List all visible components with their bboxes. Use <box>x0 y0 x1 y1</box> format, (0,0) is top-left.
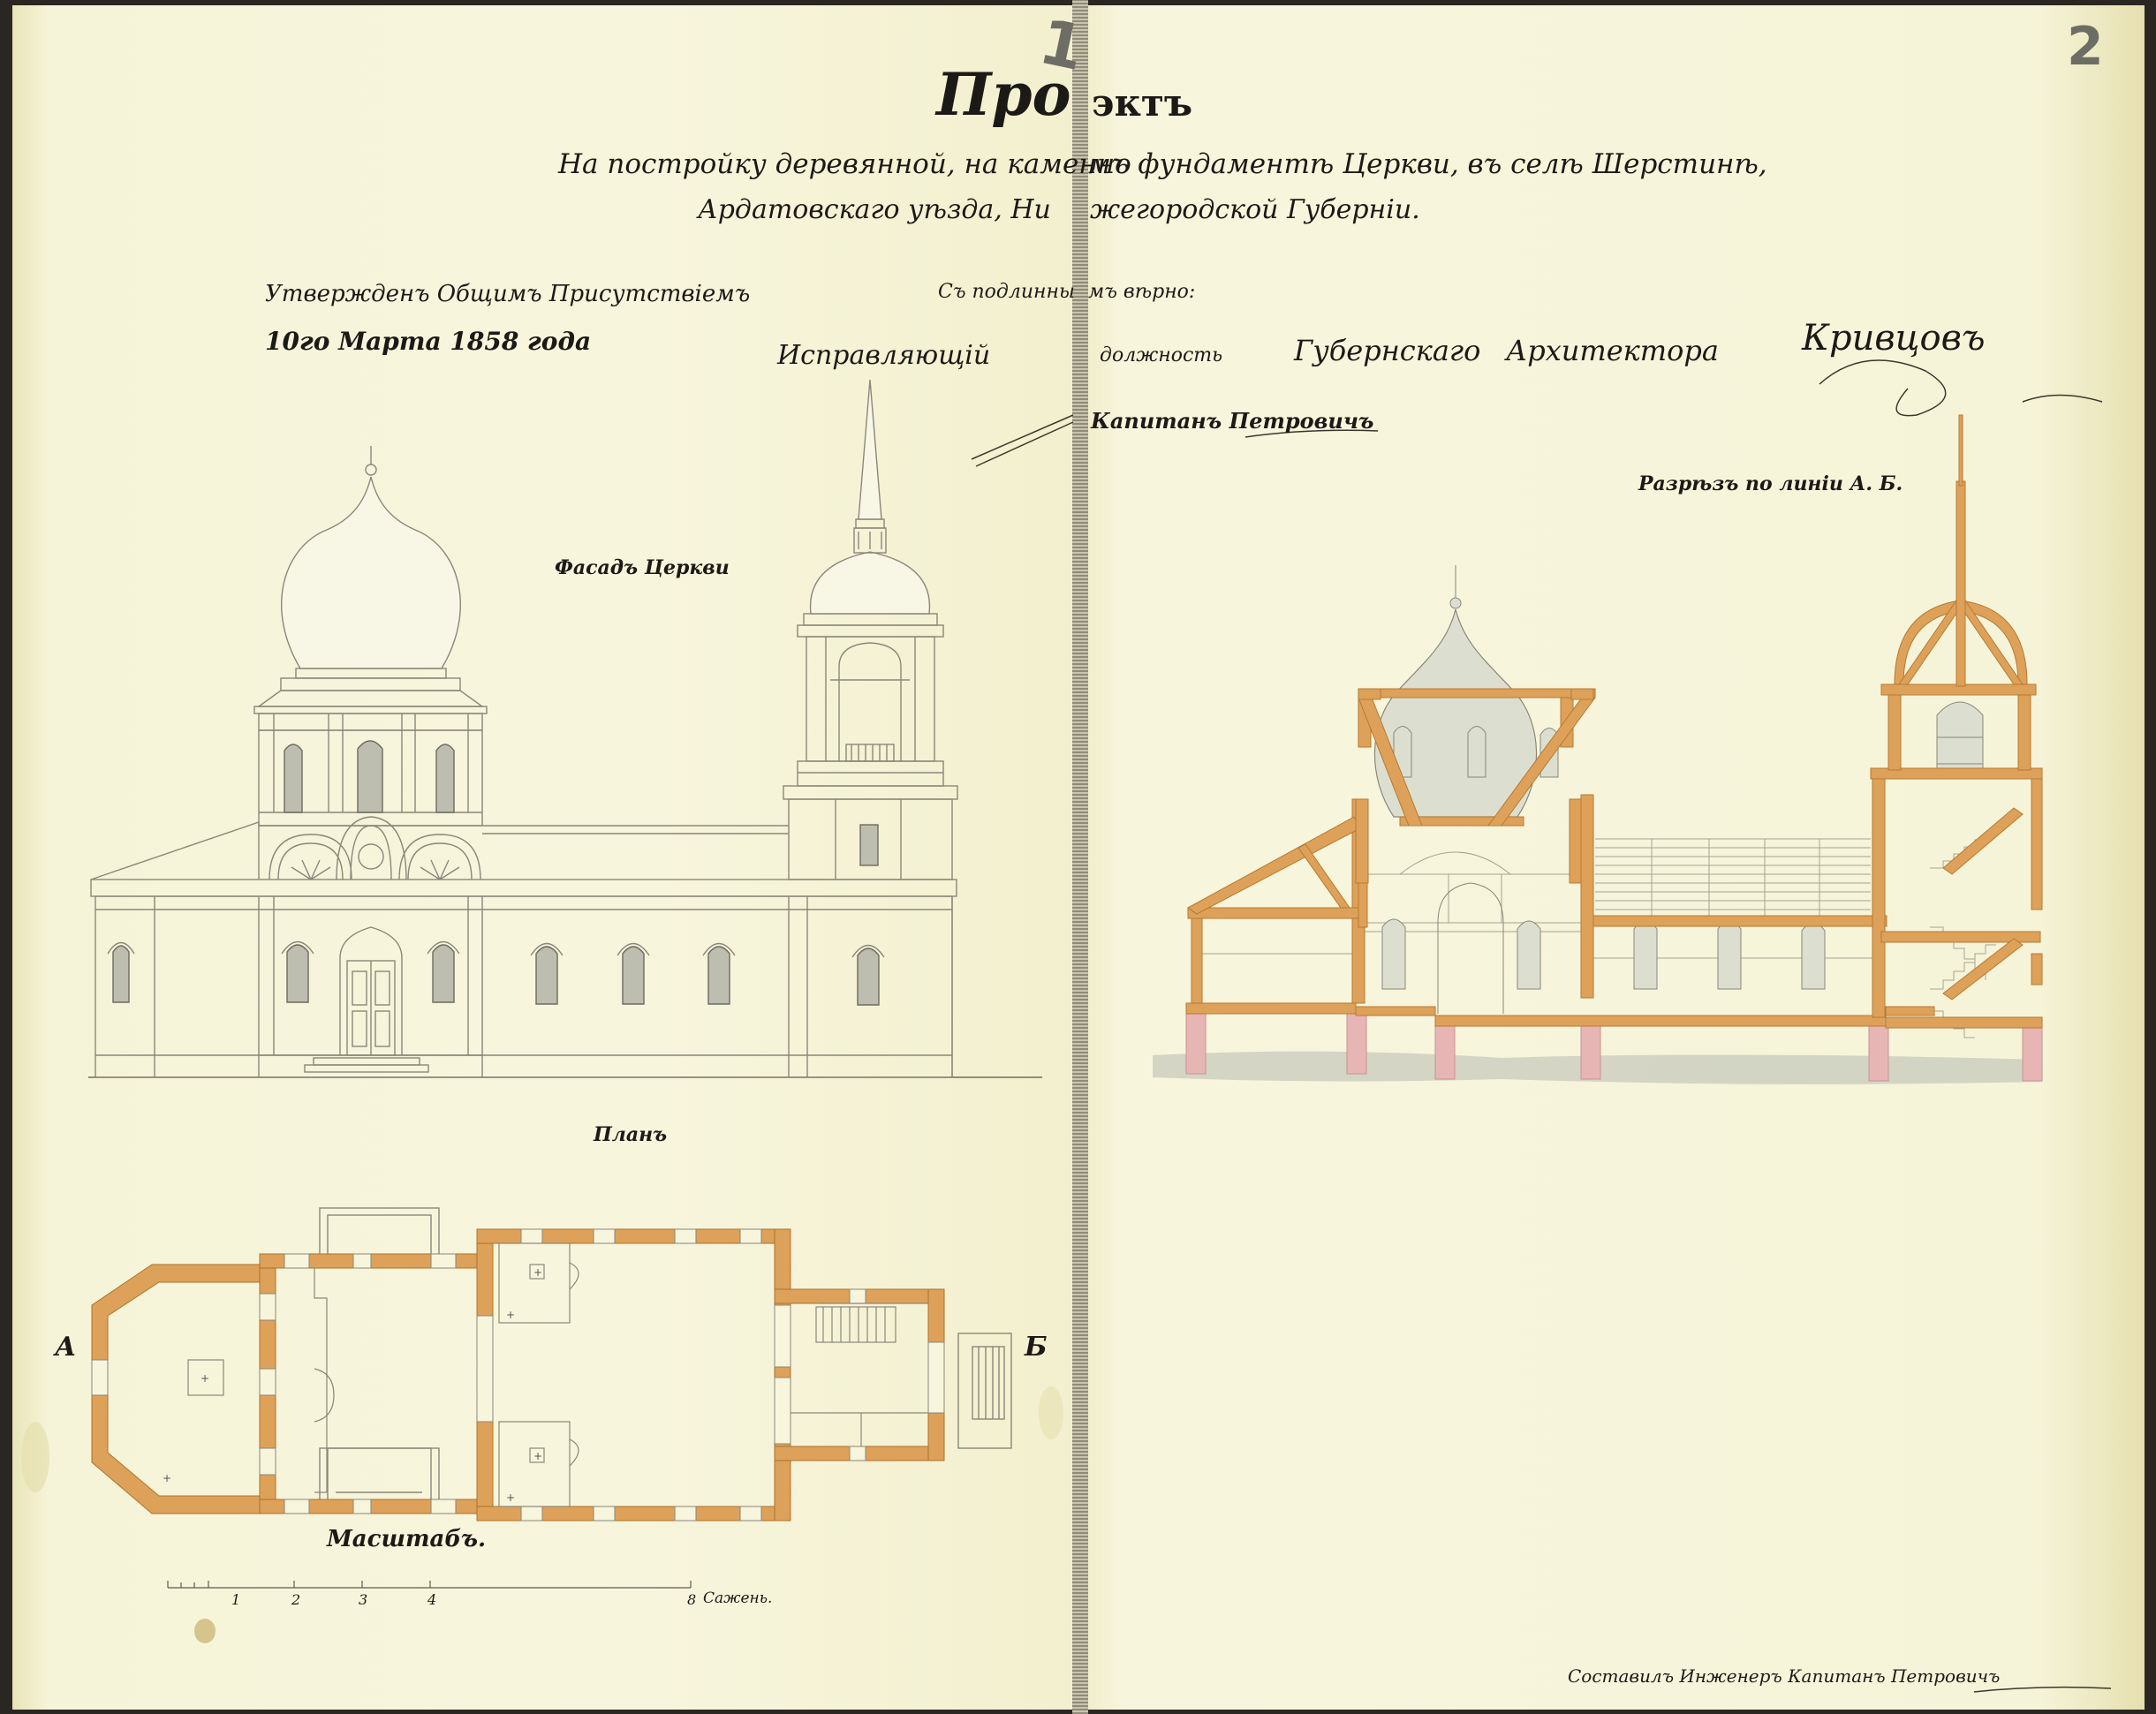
scale-tick-8: 8 <box>687 1591 696 1608</box>
plan-walls <box>92 1229 944 1521</box>
captain-signature: Капитанъ Петровичъ <box>1091 408 1373 434</box>
archival-drawing-sheet: +++ +++ <box>0 0 2156 1714</box>
signature-word-4: Архитектора <box>1506 334 1719 367</box>
page-number-right: 2 <box>2067 16 2104 78</box>
approval-date: 10го Марта 1858 года <box>265 327 591 356</box>
scale-bar <box>168 1581 691 1588</box>
section-drawing <box>1153 415 2042 1084</box>
approval-line1: Утвержденъ Общимъ Присутствіемъ <box>265 281 750 307</box>
certified-left: Съ подлинны <box>938 281 1075 303</box>
svg-text:+: + <box>506 1491 515 1504</box>
subtitle-line2-left: Ардатовскаго уѣзда, Ни <box>698 194 1051 225</box>
plan-drawing <box>320 1208 1011 1510</box>
svg-text:+: + <box>506 1309 515 1321</box>
section-title: Разрѣзъ по линіи А. Б. <box>1638 472 1903 495</box>
scale-tick-2: 2 <box>291 1591 300 1608</box>
svg-text:+: + <box>200 1372 209 1385</box>
scale-tick-4: 4 <box>427 1591 436 1608</box>
scale-tick-3: 3 <box>359 1591 367 1608</box>
title-right-half: эктъ <box>1092 81 1192 125</box>
scale-unit: Сажень. <box>703 1589 772 1607</box>
svg-text:+: + <box>163 1472 171 1484</box>
signature-word-5: Кривцовъ <box>1802 318 1986 359</box>
facade-drawing <box>88 380 1042 1077</box>
signature-word-1: Исправляющій <box>777 340 990 371</box>
signature-word-3: Губернскаго <box>1294 334 1480 367</box>
svg-text:+: + <box>533 1450 542 1462</box>
plan-marker-a: А <box>55 1332 76 1363</box>
signature-word-2: должность <box>1100 344 1222 366</box>
scale-tick-1: 1 <box>231 1591 240 1608</box>
subtitle-line1-right: мъ фундаментѣ Церкви, въ селѣ Шерстинѣ, <box>1088 148 1767 180</box>
subtitle-line1-left: На постройку деревянной, на каменно <box>558 148 1131 180</box>
bottom-signature: Составилъ Инженеръ Капитанъ Петровичъ <box>1568 1665 2000 1687</box>
plan-title: Планъ <box>594 1123 667 1146</box>
svg-text:+: + <box>533 1266 542 1279</box>
plan-marker-b: Б <box>1025 1332 1048 1363</box>
drawings-layer: +++ +++ <box>0 0 2156 1714</box>
title-left-half: Про <box>936 60 1071 129</box>
facade-title: Фасадъ Церкви <box>555 556 730 579</box>
certified-right: мъ вѣрно: <box>1088 281 1195 303</box>
scale-title: Масштабъ. <box>327 1526 486 1552</box>
subtitle-line2-right: жегородской Губерніи. <box>1090 194 1420 225</box>
